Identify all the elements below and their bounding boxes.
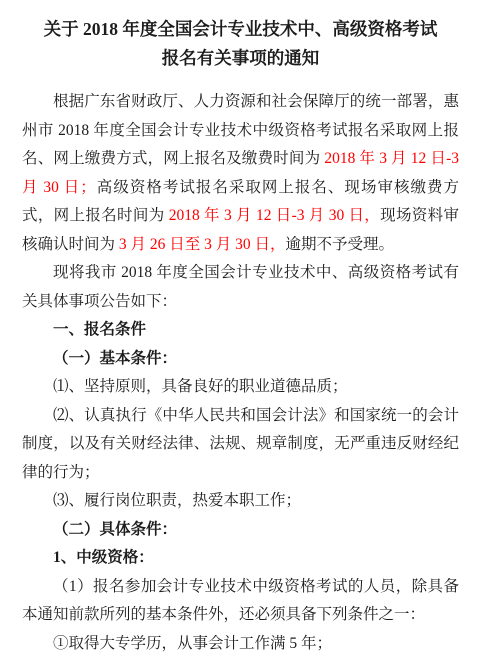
text-segment: 现将我市 2018 年度全国会计专业技术中、高级资格考试有关具体事项公告如下： [22, 264, 459, 310]
highlighted-date-text: 3 月 26 日至 3 月 30 日， [119, 236, 286, 253]
highlighted-date-text: 2018 年 3 月 12 日-3 月 30 日， [169, 207, 380, 224]
item-basic-condition-1: ⑴、坚持原则，具备良好的职业道德品质； [22, 373, 459, 402]
text-segment: 一、报名条件 [53, 321, 146, 338]
document-body: 根据广东省财政厅、人力资源和社会保障厅的统一部署，惠州市 2018 年度全国会计… [22, 88, 459, 658]
heading-1-2-specific-conditions: （二）具体条件： [22, 516, 459, 545]
notice-title-line2: 报名有关事项的通知 [22, 44, 459, 73]
para-announcement-lead: 现将我市 2018 年度全国会计专业技术中、高级资格考试有关具体事项公告如下： [22, 259, 459, 316]
text-segment: （1）报名参加会计专业技术中级资格考试的人员，除具备本通知前款所列的基本条件外，… [22, 578, 459, 624]
heading-intermediate-qualification: 1、中级资格： [22, 544, 459, 573]
heading-section-1-registration-conditions: 一、报名条件 [22, 316, 459, 345]
text-segment: 1、中级资格： [53, 549, 154, 566]
item-basic-condition-3: ⑶、履行岗位职责，热爱本职工作； [22, 487, 459, 516]
item-intermediate-condition-1: ①取得大专学历，从事会计工作满 5 年； [22, 630, 459, 659]
text-segment: （一）基本条件： [53, 350, 177, 367]
text-segment: 逾期不予受理。 [286, 236, 395, 253]
text-segment: ⑵、认真执行《中华人民共和国会计法》和国家统一的会计制度，以及有关财经法律、法规… [22, 407, 459, 481]
text-segment: ①取得大专学历，从事会计工作满 5 年； [53, 635, 332, 652]
para-intermediate-requirements-lead: （1）报名参加会计专业技术中级资格考试的人员，除具备本通知前款所列的基本条件外，… [22, 573, 459, 630]
notice-title-line1: 关于 2018 年度全国会计专业技术中、高级资格考试 [22, 15, 459, 44]
text-segment: ⑶、履行岗位职责，热爱本职工作； [53, 492, 301, 509]
item-basic-condition-2: ⑵、认真执行《中华人民共和国会计法》和国家统一的会计制度，以及有关财经法律、法规… [22, 402, 459, 488]
notice-title: 关于 2018 年度全国会计专业技术中、高级资格考试 报名有关事项的通知 [22, 15, 459, 73]
text-segment: ⑴、坚持原则，具备良好的职业道德品质； [53, 378, 348, 395]
para-deployment-intro: 根据广东省财政厅、人力资源和社会保障厅的统一部署，惠州市 2018 年度全国会计… [22, 88, 459, 259]
text-segment: （二）具体条件： [53, 521, 177, 538]
document-page: 关于 2018 年度全国会计专业技术中、高级资格考试 报名有关事项的通知 根据广… [0, 0, 480, 668]
heading-1-1-basic-conditions: （一）基本条件： [22, 345, 459, 374]
